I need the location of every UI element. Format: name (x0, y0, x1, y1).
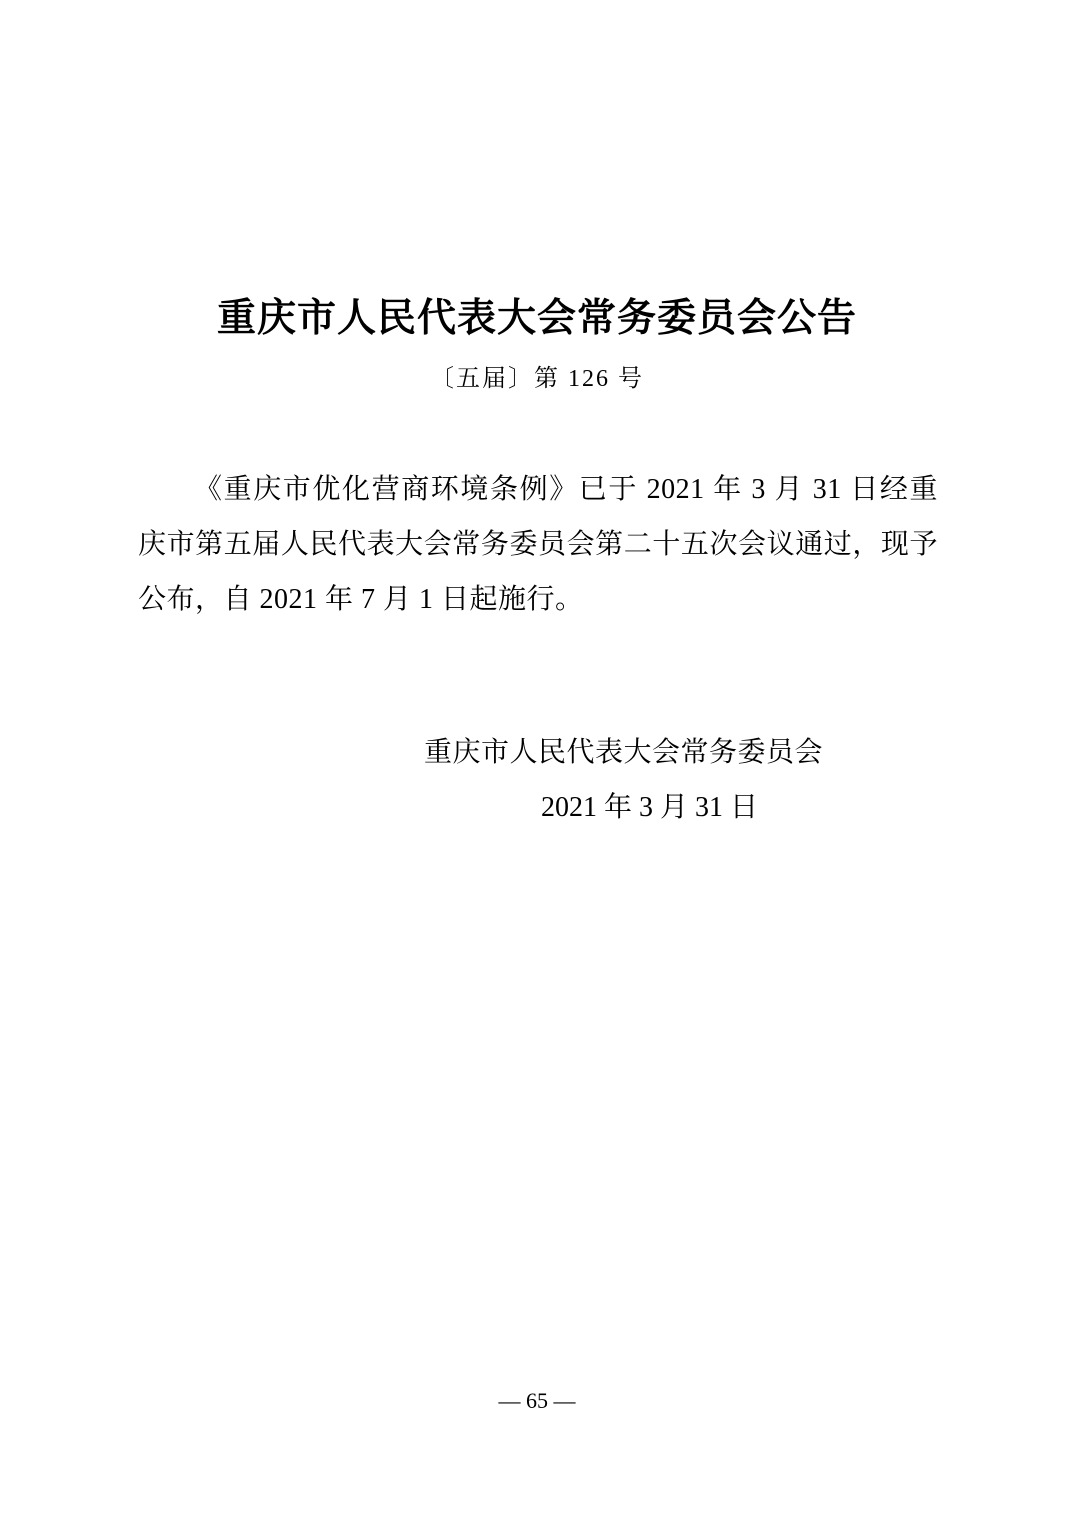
signature-organization: 重庆市人民代表大会常务委员会 (424, 736, 823, 770)
page-number: — 65 — (0, 1387, 1074, 1415)
document-page: 重庆市人民代表大会常务委员会公告 〔五届〕第 126 号 《重庆市优化营商环境条… (0, 0, 1074, 1520)
signature-date: 2021 年 3 月 31 日 (541, 791, 758, 825)
body-paragraph: 《重庆市优化营商环境条例》已于 2021 年 3 月 31 日经重庆市第五届人民… (138, 462, 938, 627)
announcement-title: 重庆市人民代表大会常务委员会公告 (0, 296, 1074, 342)
document-number: 〔五届〕第 126 号 (0, 363, 1074, 395)
